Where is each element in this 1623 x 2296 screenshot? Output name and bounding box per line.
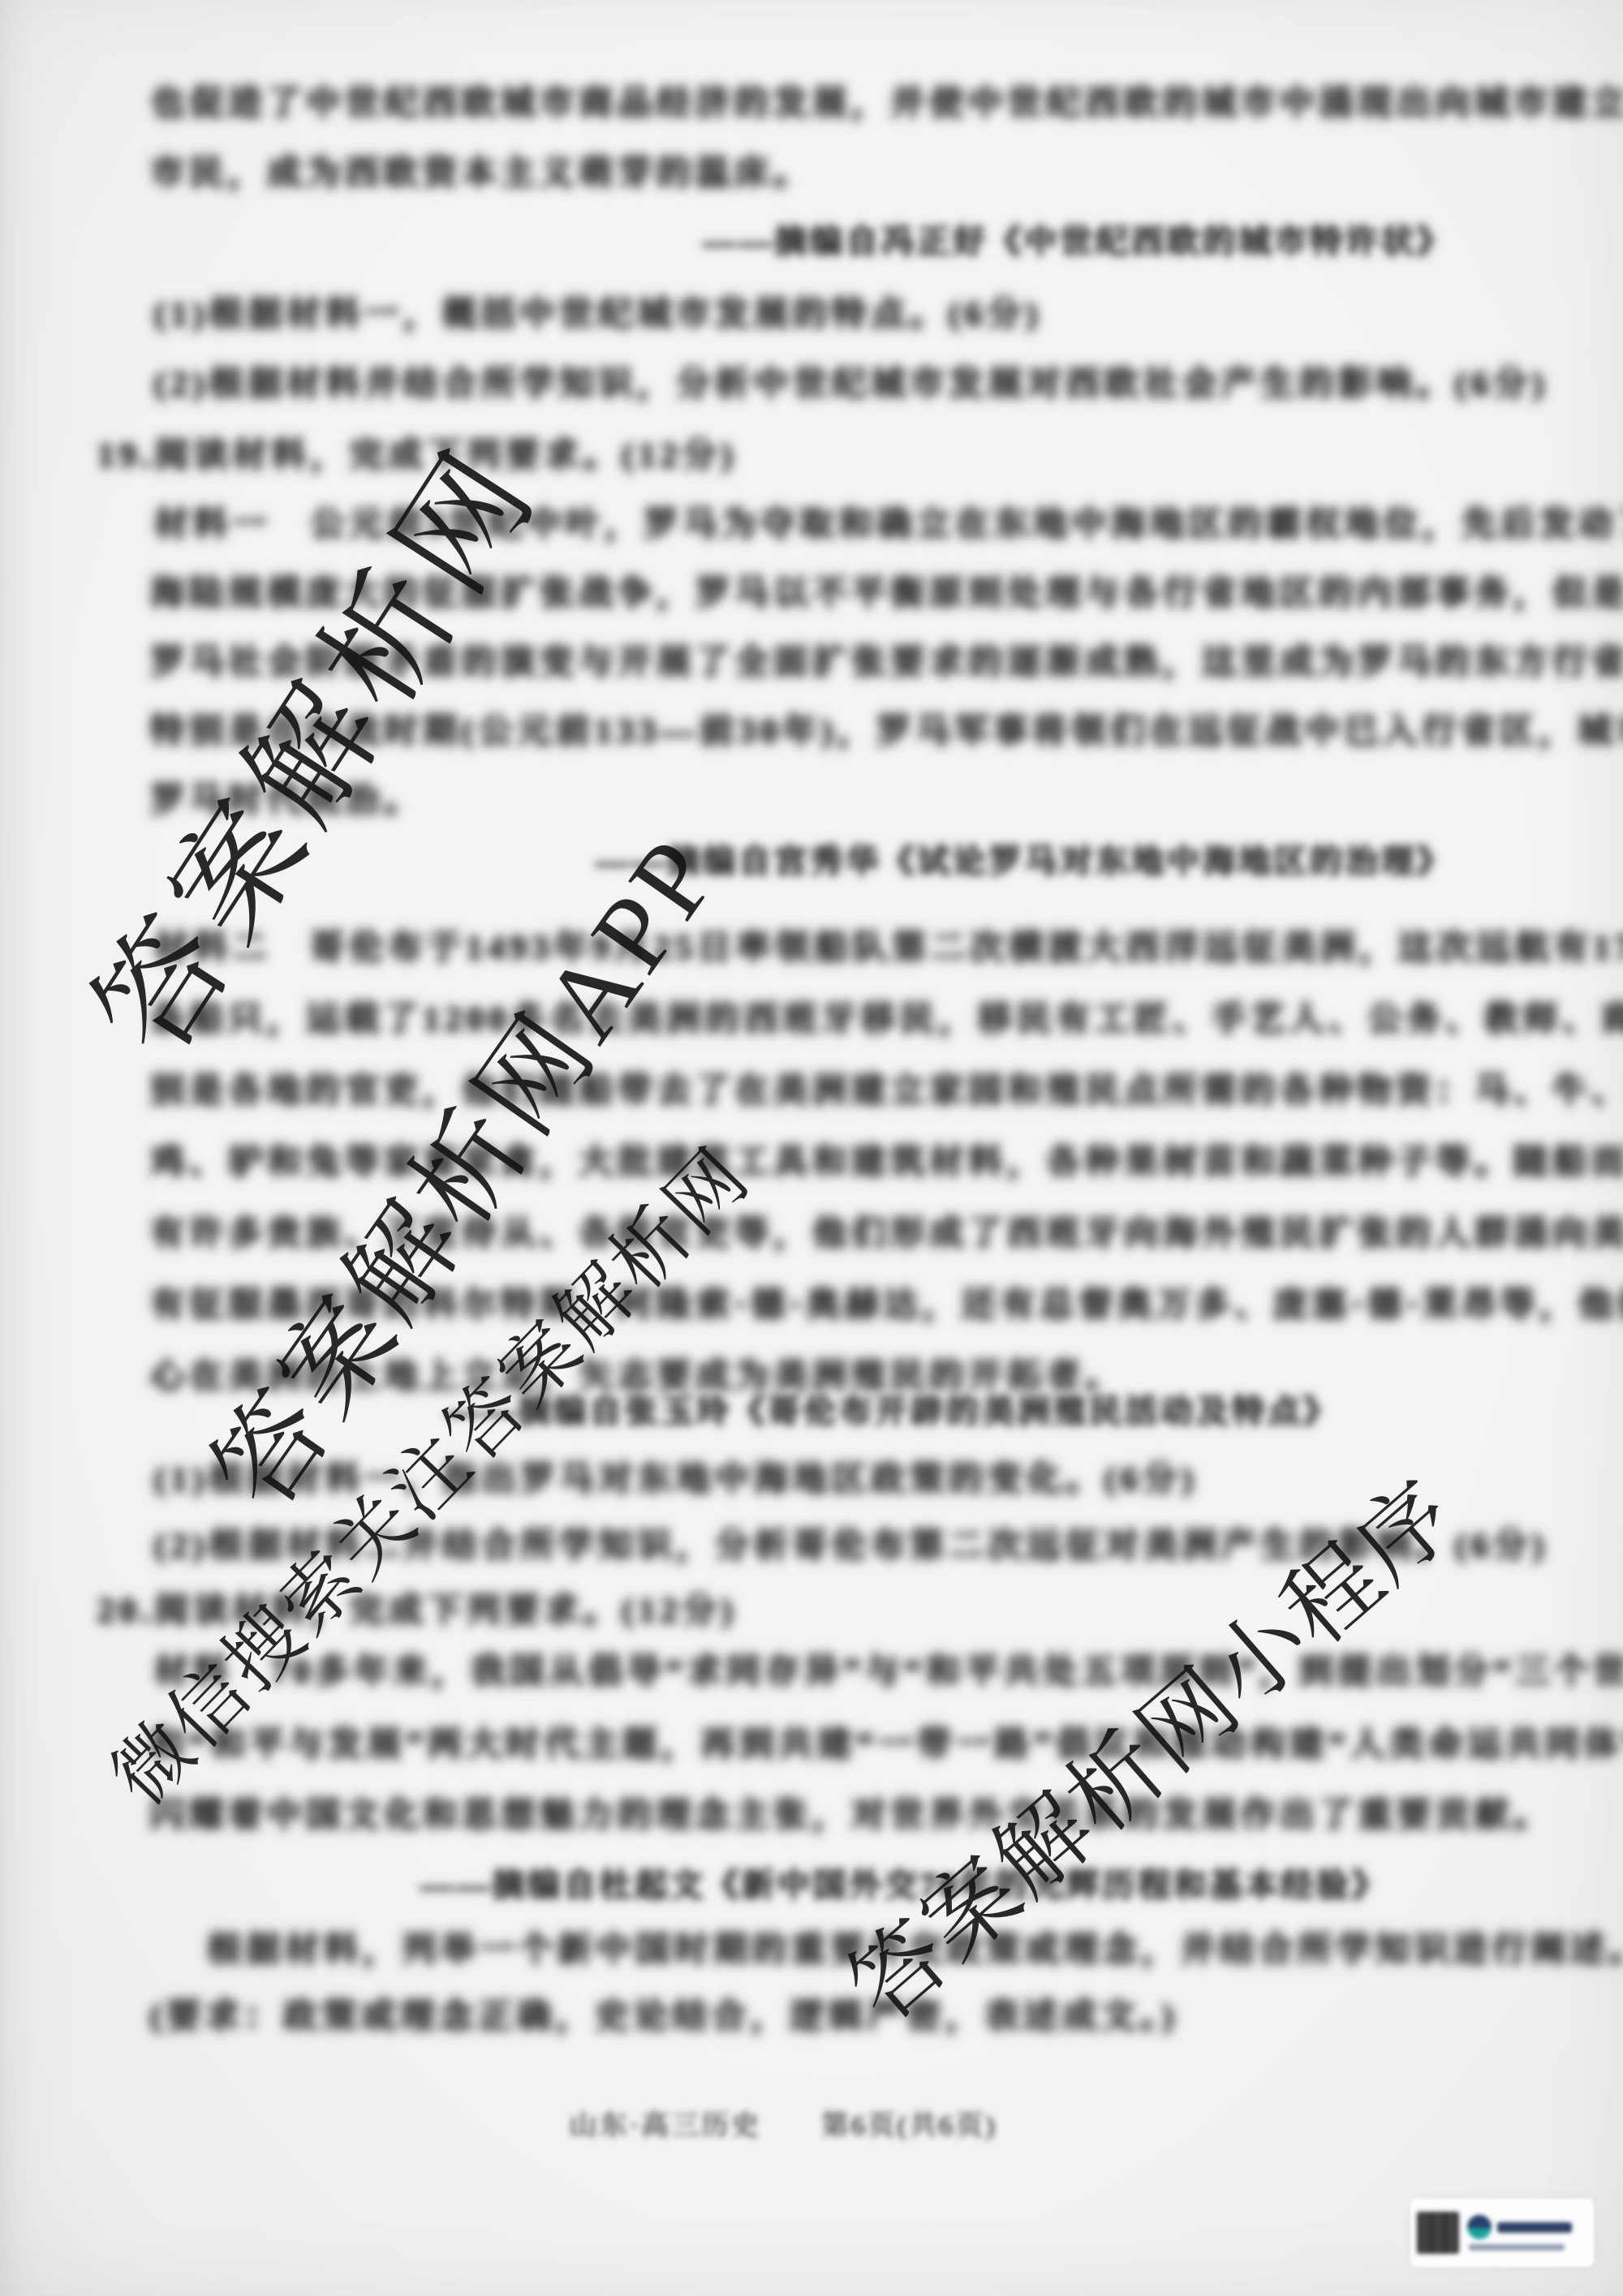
page-footer: 山东·高三历史 第6页(共6页) xyxy=(0,2103,1595,2143)
attribution-line: ——摘编自张玉玲《哥伦布开辟的美洲殖民活动及特点》 xyxy=(446,1386,1339,1432)
brand-block xyxy=(1467,2215,1572,2251)
text-line: (2)根据材料并结合所学知识，分析中世纪城市发展对西欧社会产生的影响。(6分) xyxy=(154,357,1548,406)
text-line: (要求：政策或理念正确，史论结合，逻辑严密，表述成文。) xyxy=(150,1989,1178,2038)
text-line: 20.阅读材料，完成下列要求。(12分) xyxy=(97,1584,737,1632)
text-line: 罗马社会阶级矛盾的演变与开展了全面扩张要求的逐渐成熟，这里成为罗马的东方行省属地… xyxy=(150,635,1623,684)
attribution-line: ——摘编自杜起文《新中国外交70年的光辉历程和基本经验》 xyxy=(420,1860,1388,1906)
attribution-line: ——摘编自宫秀华《试论罗马对东地中海地区的治理》 xyxy=(596,836,1453,882)
text-line: (1)根据材料一，概括中世纪城市发展的特点。(6分) xyxy=(154,287,1042,336)
text-line: 有许多贵族、王室侍从、各级官吏等，他们形成了西班牙向海外殖民扩张的人群涌向美洲，… xyxy=(150,1206,1623,1255)
attribution-line: ——摘编自冯正好《中世纪西欧的城市特许状》 xyxy=(703,216,1453,262)
text-line: 根据材料，列举一个新中国时期的重要外交政策或理念，并结合所学知识进行阐述。 xyxy=(207,1923,1623,1971)
text-line: (2)根据材料二并结合所学知识，分析哥伦布第二次远征对美洲产生的影响。(6分) xyxy=(154,1519,1548,1567)
brand-subtext-blurred xyxy=(1469,2244,1565,2251)
text-line: 材料 70多年来，我国从倡导“求同存异”与“和平共处五项原则”，到提出划分“三个… xyxy=(154,1645,1623,1693)
brand-text-blurred xyxy=(1497,2222,1572,2233)
text-line: 19.阅读材料，完成下列要求。(12分) xyxy=(97,428,737,477)
text-line: (1)根据材料一、指出罗马对东地中海地区政策的变化。(6分) xyxy=(154,1452,1198,1501)
qr-code-icon xyxy=(1417,2212,1459,2254)
text-line: 和“和平与发展”两大时代主题，再到共建“一带一路”倡议和推动构建“人类命运共同体… xyxy=(150,1718,1623,1766)
text-line: 材料一 公元前3世纪中叶，罗马为夺取和确立在东地中海地区的霸权地位，先后发动了多… xyxy=(154,497,1623,546)
exam-page: 也促进了中世纪西欧城市商品经济的发展，并使中世纪西欧的城市中涌现出向城市建立者宣… xyxy=(0,0,1623,2296)
brand-badge xyxy=(1410,2199,1594,2267)
text-line: 市民，成为西欧资本主义萌芽的温床。 xyxy=(150,146,812,195)
text-line: 闪耀着中国文化和思想魅力的理念主张，对世界外交关系的发展作出了重要贡献。 xyxy=(150,1788,1552,1837)
text-line: 条船只，运载了1200多名去美洲的西班牙移民，移民有工匠、手艺人、公务、教师、商… xyxy=(150,992,1623,1041)
text-line: 材料二 哥伦布于1493年9月25日率领船队第二次横渡大西洋远征美洲，这次远航有… xyxy=(154,921,1623,970)
text-line: 特别是在内战时期(公元前133—前30年)，罗马军事将领们在远征战中巳入行省区，… xyxy=(150,704,1623,753)
brand-logo-icon xyxy=(1467,2215,1492,2239)
text-line: 海陆规模庞大的征服扩张战争，罗马以不平衡原则处理与各行省地区的内部事务，但是，随… xyxy=(150,566,1623,615)
text-line: 罗马时代统治。 xyxy=(150,773,423,822)
text-line: 有征服墨西哥的科尔特斯，阿隆索·德·奥赫达，还有总督奥万多、庞塞·德·莱昂等，他… xyxy=(150,1278,1623,1326)
text-line: 也促进了中世纪西欧城市商品经济的发展，并使中世纪西欧的城市中涌现出向城市建立者宣… xyxy=(150,76,1623,125)
text-line: 鸡、驴和兔等家畜家禽，大批建筑工具和建筑材料，各种果树苗和蔬菜种子等。随船而来的… xyxy=(150,1135,1623,1184)
text-line: 别是各地的官吏，他们随船带去了在美洲建立家园和殖民点所需的各种物资：马、牛、羊、… xyxy=(150,1064,1623,1112)
